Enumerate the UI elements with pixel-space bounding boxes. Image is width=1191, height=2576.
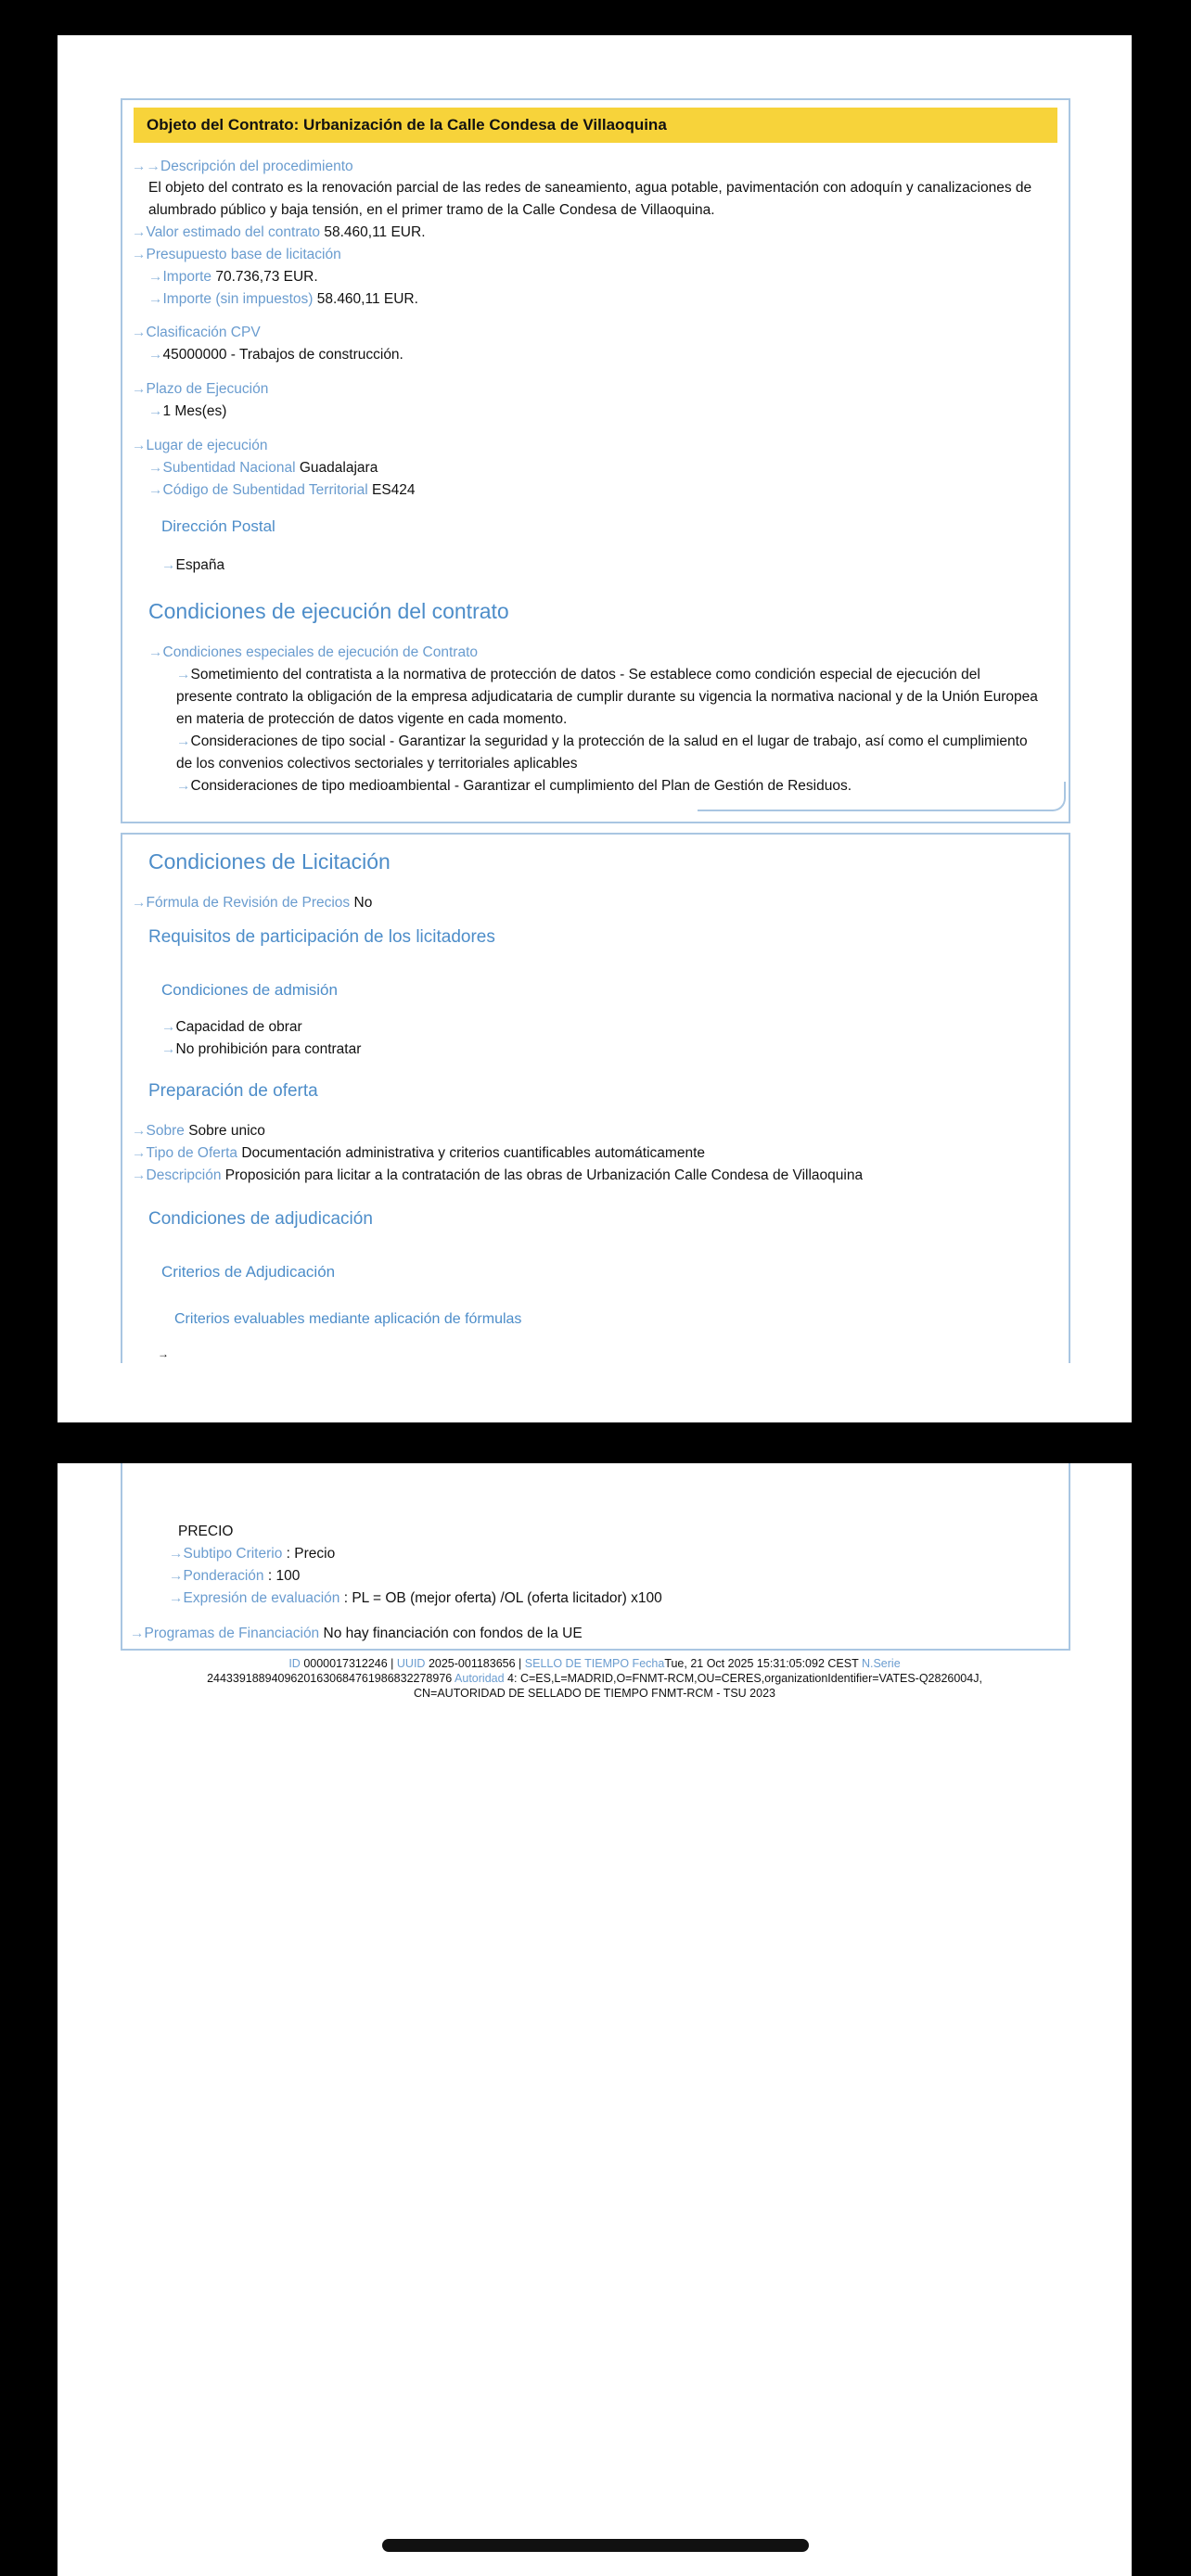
plazo-value-row: →1 Mes(es) (148, 401, 226, 423)
arrow-icon: → (169, 1590, 184, 1606)
cpv-label-row: →Clasificación CPV (132, 322, 261, 344)
arrow-icon: → (148, 291, 163, 307)
presupuesto-row: →Presupuesto base de licitación (132, 244, 341, 266)
preparacion-heading: Preparación de oferta (148, 1081, 318, 1102)
importe-row: →Importe 70.736,73 EUR. (148, 266, 318, 288)
plazo-label-row: →Plazo de Ejecución (132, 378, 268, 401)
arrow-icon: → (148, 403, 163, 419)
sobre-row: →Sobre Sobre unico (132, 1120, 265, 1142)
licitacion-heading: Condiciones de Licitación (148, 849, 391, 874)
arrow-icon: → (148, 482, 163, 498)
descripcion-text: El objeto del contrato es la renovación … (148, 177, 1039, 222)
ponderacion-row: →Ponderación : 100 (169, 1565, 300, 1588)
codigo-row: →Código de Subentidad Territorial ES424 (148, 479, 416, 502)
arrow-icon: → (161, 1019, 176, 1035)
section-divider (698, 782, 1066, 811)
contract-object-section: Objeto del Contrato: Urbanización de la … (121, 98, 1070, 823)
contract-object-banner: Objeto del Contrato: Urbanización de la … (134, 108, 1057, 143)
arrow-icon: → (132, 1167, 147, 1183)
arrow-icon: →→ (132, 159, 160, 174)
pais-row: →España (161, 555, 224, 577)
formula-row: →Fórmula de Revisión de Precios No (132, 892, 372, 914)
arrow-icon: → (132, 438, 147, 453)
arrow-icon: → (169, 1546, 184, 1562)
document-page-2: PRECIO →Subtipo Criterio : Precio →Ponde… (58, 1463, 1132, 2576)
arrow-icon: → (132, 224, 147, 240)
adjudicacion-heading: Condiciones de adjudicación (148, 1209, 373, 1230)
direccion-heading: Dirección Postal (161, 517, 275, 536)
arrow-icon: → (148, 460, 163, 476)
admision-item-2: →No prohibición para contratar (161, 1039, 361, 1061)
arrow-icon: → (161, 557, 176, 573)
arrow-icon: → (176, 667, 191, 682)
timestamp-footer: ID 0000017312246 | UUID 2025-001183656 |… (58, 1656, 1132, 1701)
arrow-icon: → (132, 895, 147, 911)
arrow-icon: → (130, 1626, 145, 1641)
criterio-name: PRECIO (178, 1521, 233, 1543)
desc-row: →Descripción Proposición para licitar a … (132, 1165, 863, 1187)
descripcion-label-row: →→Descripción del procedimiento (132, 156, 353, 178)
formulas-heading: Criterios evaluables mediante aplicación… (174, 1311, 521, 1328)
arrow-icon: → (132, 247, 147, 262)
requisitos-heading: Requisitos de participación de los licit… (148, 927, 495, 948)
importe-sin-row: →Importe (sin impuestos) 58.460,11 EUR. (148, 288, 418, 311)
arrow-icon: → (176, 733, 191, 749)
condiciones-heading: Condiciones de ejecución del contrato (148, 599, 509, 624)
arrow-icon: → (148, 347, 163, 363)
arrow-icon: → (148, 269, 163, 285)
tipo-row: →Tipo de Oferta Documentación administra… (132, 1142, 705, 1165)
admision-item-1: →Capacidad de obrar (161, 1016, 302, 1039)
arrow-icon: → (132, 1123, 147, 1139)
admision-heading: Condiciones de admisión (161, 981, 338, 1000)
arrow-icon: → (169, 1568, 184, 1584)
arrow-icon: → (132, 381, 147, 397)
subtipo-row: →Subtipo Criterio : Precio (169, 1543, 335, 1565)
arrow-icon: → (132, 1145, 147, 1161)
licitacion-section: Condiciones de Licitación →Fórmula de Re… (121, 833, 1070, 1363)
document-page-1: Objeto del Contrato: Urbanización de la … (58, 35, 1132, 1422)
programas-row: →Programas de Financiación No hay financ… (130, 1623, 583, 1645)
subentidad-row: →Subentidad Nacional Guadalajara (148, 457, 378, 479)
arrow-icon: → (158, 1343, 169, 1365)
especial-item-1: →Sometimiento del contratista a la norma… (176, 664, 1039, 731)
home-indicator[interactable] (382, 2539, 809, 2552)
lugar-label-row: →Lugar de ejecución (132, 435, 268, 457)
arrow-icon: → (161, 1041, 176, 1057)
especial-item-2: →Consideraciones de tipo social - Garant… (176, 731, 1039, 775)
cpv-value-row: →45000000 - Trabajos de construcción. (148, 344, 403, 366)
especiales-label-row: →Condiciones especiales de ejecución de … (148, 642, 478, 664)
arrow-icon: → (176, 778, 191, 794)
criterio-section: PRECIO →Subtipo Criterio : Precio →Ponde… (121, 1463, 1070, 1651)
valor-row: →Valor estimado del contrato 58.460,11 E… (132, 222, 426, 244)
arrow-icon: → (148, 644, 163, 660)
arrow-icon: → (132, 325, 147, 340)
criterios-heading: Criterios de Adjudicación (161, 1263, 335, 1282)
expresion-row: →Expresión de evaluación : PL = OB (mejo… (169, 1588, 662, 1610)
